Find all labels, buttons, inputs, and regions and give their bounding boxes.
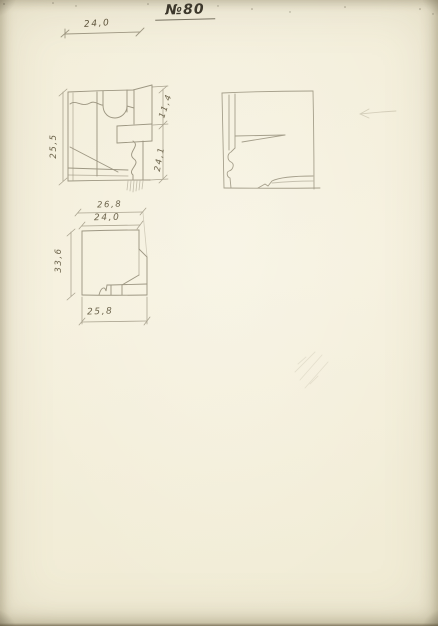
scanned-paper-sheet: №80 24,0 25,5 11,4 24,1 26,8 24,0 33,6 2… <box>0 0 438 626</box>
dimension-label-bottom-25-8: 25,8 <box>87 307 114 318</box>
drawing1-cornice-profile <box>68 85 152 181</box>
sheet-number-title: №80 <box>155 1 215 21</box>
left-arrow-icon <box>360 109 396 118</box>
dimension-label-outer-26-8: 26,8 <box>97 200 123 211</box>
pencil-smudge <box>295 352 328 388</box>
drawing3-corner-detail <box>222 91 320 189</box>
paper-specks <box>3 2 434 15</box>
dimension-label-inner-24-0: 24,0 <box>94 213 121 223</box>
dimension-label-top-24-0: 24,0 <box>84 18 111 30</box>
drawing1-section-hatching <box>127 181 143 192</box>
dimension-label-left-25-5: 25,5 <box>49 127 59 165</box>
dimension-label-left-33-6: 33,6 <box>54 241 64 279</box>
drawing2-molding-section <box>82 230 147 295</box>
pencil-sketch-canvas <box>0 0 438 626</box>
top-dimension-line <box>61 28 144 38</box>
